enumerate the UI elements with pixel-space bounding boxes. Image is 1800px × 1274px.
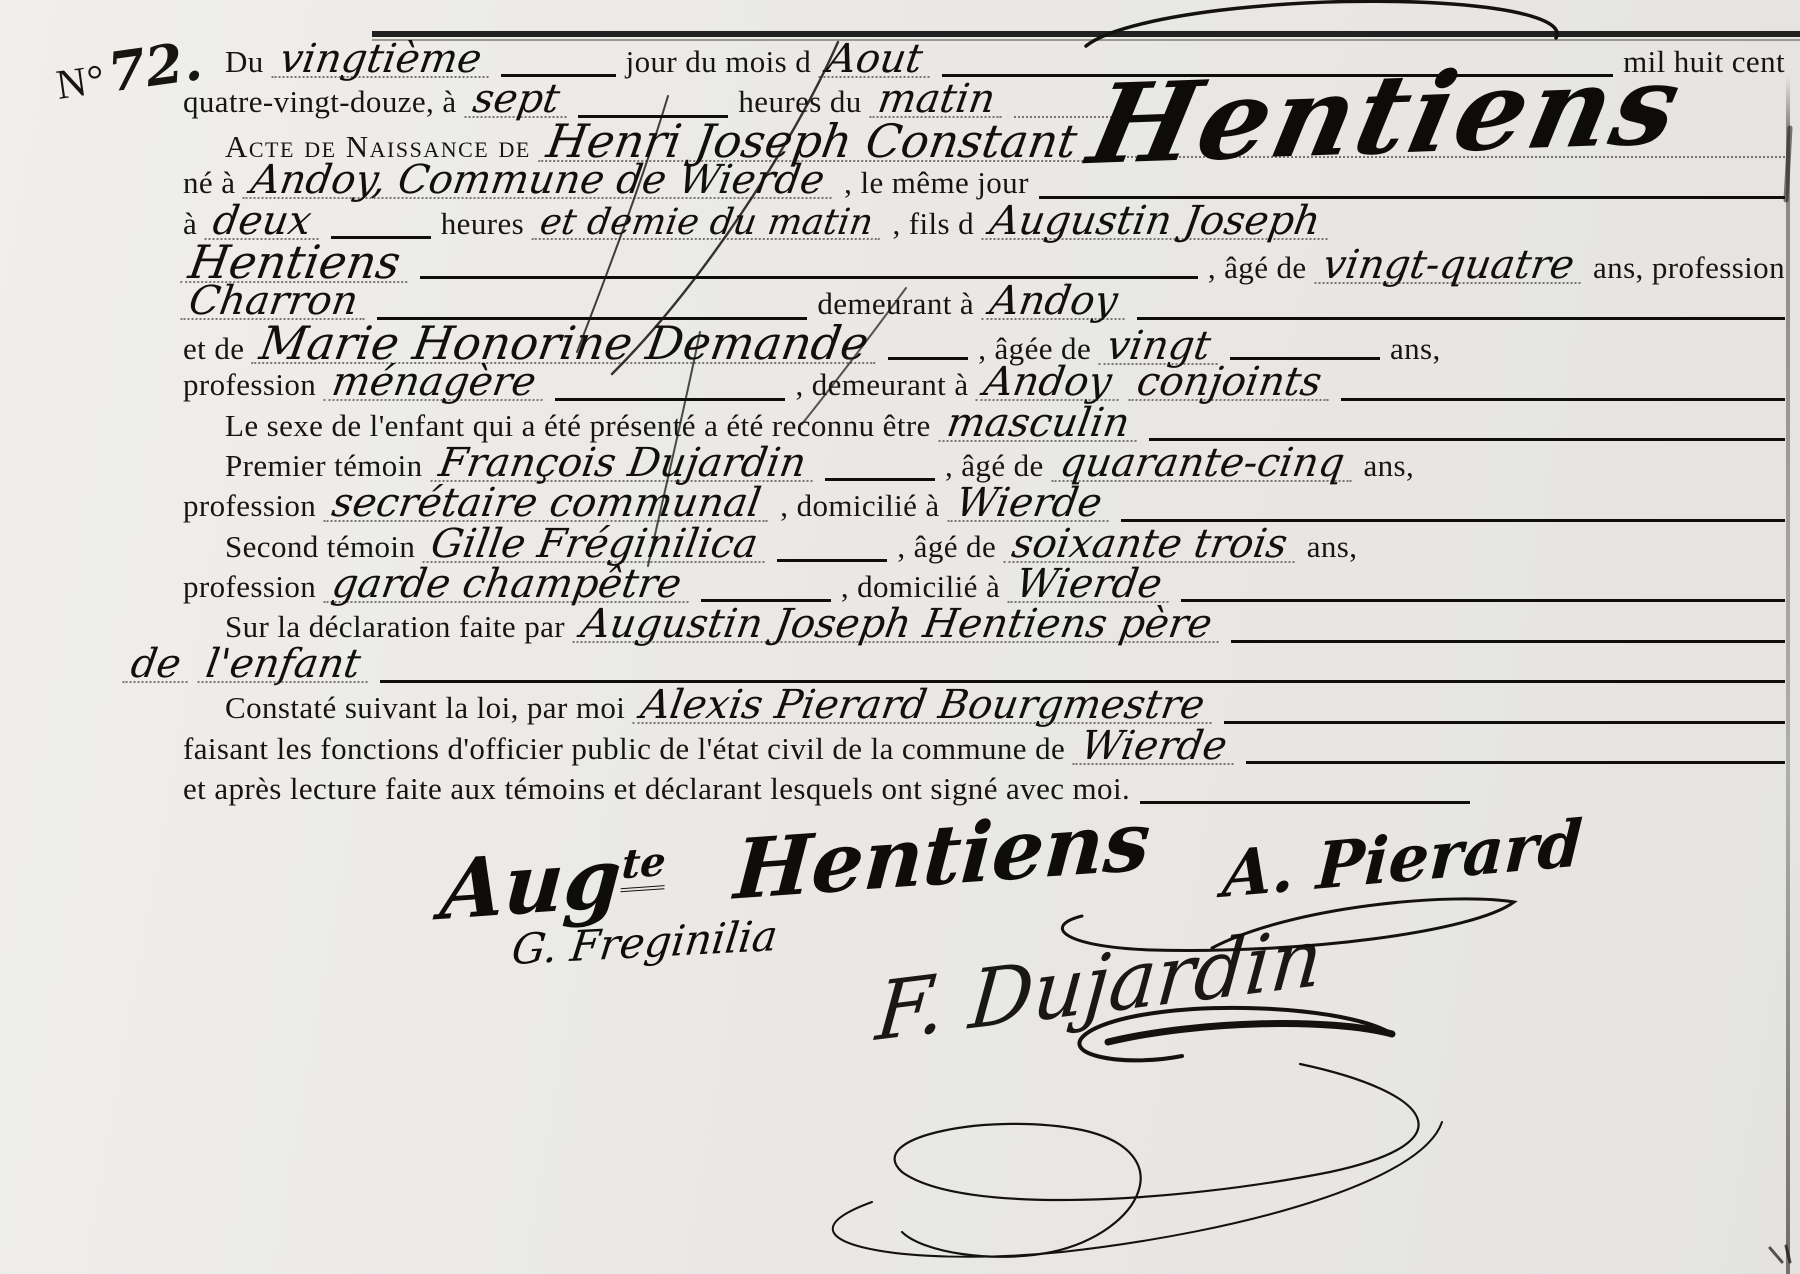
handwritten-entry: de (122, 650, 192, 683)
handwritten-entry: ménagère (324, 368, 548, 401)
blank-line (825, 478, 935, 481)
handwritten-entry: Wierde (1073, 732, 1239, 765)
printed-text: quatre-vingt-douze, à (183, 84, 457, 120)
handwritten-entry: conjoints (1129, 368, 1334, 401)
signature-gap (663, 898, 733, 903)
printed-text: , âgé de (945, 448, 1044, 484)
printed-text: , domicilié à (780, 488, 939, 524)
blank-line (1181, 599, 1785, 602)
printed-text: ans, profession (1593, 250, 1785, 286)
handwritten-entry: Andoy (976, 368, 1124, 401)
top-rule-shadow (372, 39, 1800, 41)
printed-text: profession (183, 367, 316, 403)
form-line-officer: Constaté suivant la loi, par moi Alexis … (183, 690, 1785, 730)
handwritten-entry: secrétaire communal (324, 489, 773, 522)
blank-line (555, 398, 785, 401)
blank-line (1224, 721, 1785, 724)
handwritten-entry: masculin (938, 409, 1141, 442)
signature-officer: A. Pierard (1221, 806, 1585, 913)
handwritten-entry: Andoy (981, 287, 1129, 320)
printed-text: jour du mois d (626, 44, 812, 80)
form-line-commune: faisant les fonctions d'officier public … (183, 731, 1785, 771)
printed-text: Premier témoin (225, 448, 423, 484)
printed-text: et de (183, 331, 244, 367)
printed-text: Second témoin (225, 529, 415, 565)
handwritten-entry: vingt-quatre (1314, 251, 1586, 284)
handwritten-entry: Wierde (1008, 570, 1174, 603)
handwritten-entry: Augustin Joseph (981, 207, 1332, 240)
margin-surname: Hentiens (1081, 50, 1692, 180)
signature-declarant-superscript: te (620, 838, 667, 892)
handwritten-entry: Alexis Pierard Bourgmestre (633, 691, 1217, 724)
printed-text: Constaté suivant la loi, par moi (225, 690, 625, 726)
handwritten-entry: Gille Fréginilica (423, 530, 770, 563)
printed-text: né à (183, 165, 235, 201)
handwritten-entry: vingtième (271, 45, 493, 78)
handwritten-entry: soixante trois (1004, 530, 1300, 563)
signature-declarant: AugteHentiens (437, 793, 1153, 939)
handwritten-entry: quarante-cinq (1051, 449, 1356, 482)
printed-text: ans, (1307, 529, 1358, 565)
printed-text: , le même jour (844, 165, 1029, 201)
birth-certificate-scan: N° 72. Hentiens Du vingtième jour du moi… (0, 0, 1800, 1274)
blank-line (1137, 317, 1785, 320)
blank-line (888, 357, 968, 360)
handwritten-entry: Augustin Joseph Hentiens père (572, 610, 1223, 643)
handwritten-entry: l'enfant (198, 650, 373, 683)
printed-text: , domicilié à (841, 569, 1000, 605)
form-line-sex: Le sexe de l'enfant qui a été présenté a… (183, 408, 1785, 448)
handwritten-entry: et demie du matin (532, 210, 885, 240)
printed-text: profession (183, 488, 316, 524)
printed-text: , âgé de (897, 529, 996, 565)
blank-line (1140, 801, 1470, 804)
handwritten-entry: Wierde (947, 489, 1113, 522)
signature-witness-first: F. Dujardin (873, 910, 1327, 1059)
handwritten-entry: Andoy, Commune de Wierde (243, 166, 837, 199)
form-line-father-name: Hentiens , âgé de vingt-quatre ans, prof… (183, 246, 1785, 286)
printed-text: , fils d (893, 206, 975, 242)
form-line-witness1-profession: profession secrétaire communal , domicil… (183, 488, 1785, 528)
printed-text: ans, (1363, 448, 1414, 484)
printed-text: heures (441, 206, 524, 242)
printed-text: et après lecture faite aux témoins et dé… (183, 771, 1130, 807)
blank-line (1246, 761, 1785, 764)
blank-line (777, 559, 887, 562)
top-rule (372, 31, 1800, 37)
form-line-birth-hour: à deux heures et demie du matin , fils d… (183, 206, 1785, 246)
form-line-declaration: Sur la déclaration faite par Augustin Jo… (183, 609, 1785, 649)
printed-text: ans, (1390, 331, 1441, 367)
handwritten-entry: Aout (819, 45, 935, 78)
handwritten-entry: François Dujardin (430, 449, 818, 482)
printed-text: , âgé de (1208, 250, 1307, 286)
scan-edge-shadow (1786, 0, 1790, 1274)
signature-declarant-surname: Hentiens (731, 793, 1153, 919)
blank-line (1231, 640, 1785, 643)
handwritten-entry: garde champêtre (324, 570, 694, 603)
blank-line (1341, 398, 1785, 401)
printed-text: , demeurant à (795, 367, 968, 403)
printed-text: Du (225, 44, 264, 80)
act-number-label: N° (53, 57, 108, 109)
printed-text: faisant les fonctions d'officier public … (183, 731, 1065, 767)
printed-text: Le sexe de l'enfant qui a été présenté a… (225, 408, 931, 444)
printed-text: profession (183, 569, 316, 605)
